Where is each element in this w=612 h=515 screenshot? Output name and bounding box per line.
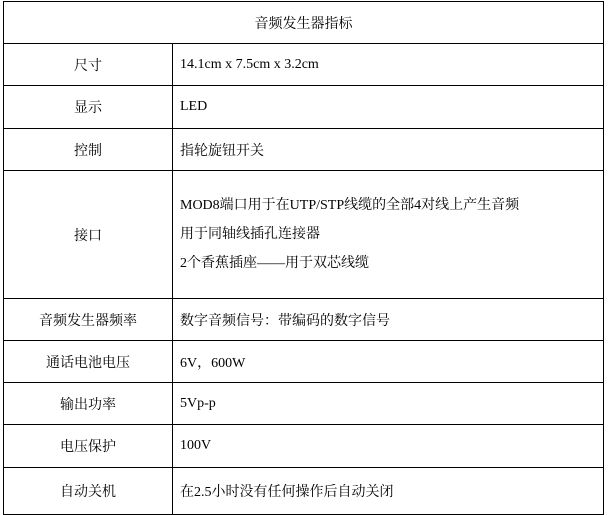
spec-value-output-power: 5Vp-p — [173, 383, 604, 425]
spec-value-display: LED — [173, 86, 604, 129]
spec-label-dimensions: 尺寸 — [4, 44, 173, 86]
table-row: 自动关机 在2.5小时没有任何操作后自动关闭 — [4, 468, 604, 515]
table-row: 接口 MOD8端口用于在UTP/STP线缆的全部4对线上产生音频 用于同轴线插孔… — [4, 171, 604, 299]
table-row: 输出功率 5Vp-p — [4, 383, 604, 425]
table-row: 音频发生器指标 — [4, 2, 604, 44]
spec-value-interface: MOD8端口用于在UTP/STP线缆的全部4对线上产生音频 用于同轴线插孔连接器… — [173, 171, 604, 299]
interface-line: MOD8端口用于在UTP/STP线缆的全部4对线上产生音频 — [180, 198, 599, 214]
spec-label-display: 显示 — [4, 86, 173, 129]
table-title: 音频发生器指标 — [4, 2, 604, 44]
interface-line: 2个香蕉插座——用于双芯线缆 — [180, 256, 599, 272]
table-row: 显示 LED — [4, 86, 604, 129]
spec-label-talk-battery: 通话电池电压 — [4, 341, 173, 383]
spec-label-auto-shutdown: 自动关机 — [4, 468, 173, 515]
spec-label-control: 控制 — [4, 129, 173, 171]
spec-value-dimensions: 14.1cm x 7.5cm x 3.2cm — [173, 44, 604, 86]
spec-label-interface: 接口 — [4, 171, 173, 299]
spec-value-voltage-protection: 100V — [173, 425, 604, 468]
table-row: 通话电池电压 6V，600W — [4, 341, 604, 383]
spec-value-control: 指轮旋钮开关 — [173, 129, 604, 171]
spec-label-output-power: 输出功率 — [4, 383, 173, 425]
spec-label-voltage-protection: 电压保护 — [4, 425, 173, 468]
table-row: 音频发生器频率 数字音频信号：带编码的数字信号 — [4, 299, 604, 341]
spec-value-frequency: 数字音频信号：带编码的数字信号 — [173, 299, 604, 341]
table-row: 尺寸 14.1cm x 7.5cm x 3.2cm — [4, 44, 604, 86]
spec-value-auto-shutdown: 在2.5小时没有任何操作后自动关闭 — [173, 468, 604, 515]
table-row: 电压保护 100V — [4, 425, 604, 468]
spec-value-talk-battery: 6V，600W — [173, 341, 604, 383]
table-row: 控制 指轮旋钮开关 — [4, 129, 604, 171]
spec-label-frequency: 音频发生器频率 — [4, 299, 173, 341]
spec-table: 音频发生器指标 尺寸 14.1cm x 7.5cm x 3.2cm 显示 LED… — [3, 1, 604, 515]
interface-line: 用于同轴线插孔连接器 — [180, 227, 599, 243]
